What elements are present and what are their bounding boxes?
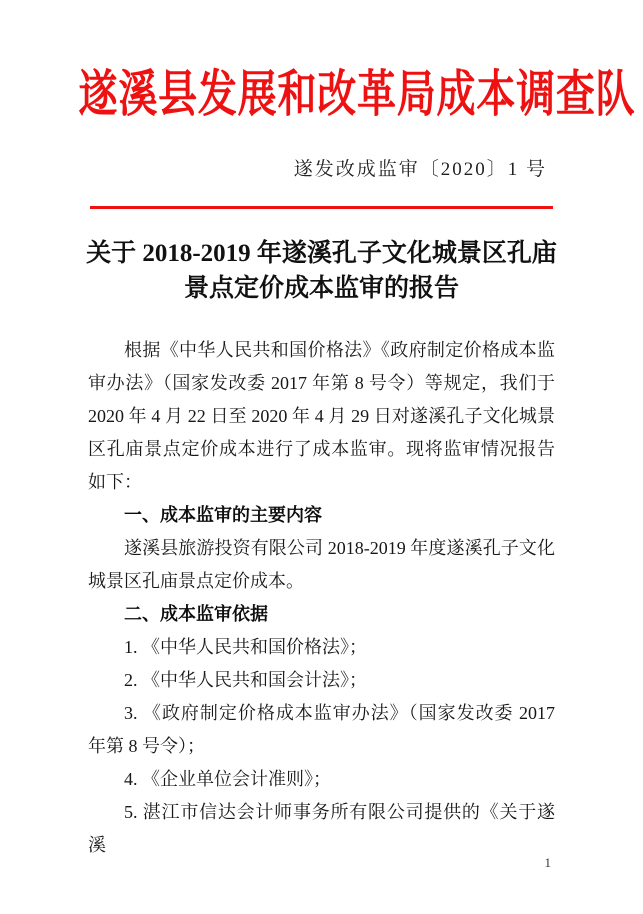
body-paragraph: 1. 《中华人民共和国价格法》； (88, 631, 555, 664)
letterhead: 遂溪县发展和改革局成本调查队 (0, 64, 643, 124)
body-paragraph: 3. 《政府制定价格成本监审办法》（国家发改委 2017 年第 8 号令）； (88, 697, 555, 763)
body-paragraphs: 根据《中华人民共和国价格法》《政府制定价格成本监审办法》（国家发改委 2017 … (88, 334, 555, 862)
letterhead-title: 遂溪县发展和改革局成本调查队 (79, 64, 636, 124)
doc-number: 遂发改成监审〔2020〕1 号 (88, 158, 547, 182)
body-paragraph: 4. 《企业单位会计准则》； (88, 763, 555, 796)
document-title-line-2: 景点定价成本监审的报告 (70, 271, 573, 306)
document-title: 关于 2018-2019 年遂溪孔子文化城景区孔庙 景点定价成本监审的报告 (70, 236, 573, 306)
section-heading: 二、成本监审依据 (88, 598, 555, 631)
body-paragraph: 5. 湛江市信达会计师事务所有限公司提供的《关于遂溪 (88, 796, 555, 862)
document-title-line-1: 关于 2018-2019 年遂溪孔子文化城景区孔庙 (70, 236, 573, 271)
section-heading: 一、成本监审的主要内容 (88, 499, 555, 532)
body-paragraph: 根据《中华人民共和国价格法》《政府制定价格成本监审办法》（国家发改委 2017 … (88, 334, 555, 499)
page-number: 1 (545, 856, 552, 870)
document-page: 遂溪县发展和改革局成本调查队 遂发改成监审〔2020〕1 号 关于 2018-2… (0, 0, 643, 914)
red-divider-line (90, 206, 553, 209)
body-paragraph: 遂溪县旅游投资有限公司 2018-2019 年度遂溪孔子文化城景区孔庙景点定价成… (88, 532, 555, 598)
body-paragraph: 2. 《中华人民共和国会计法》； (88, 664, 555, 697)
